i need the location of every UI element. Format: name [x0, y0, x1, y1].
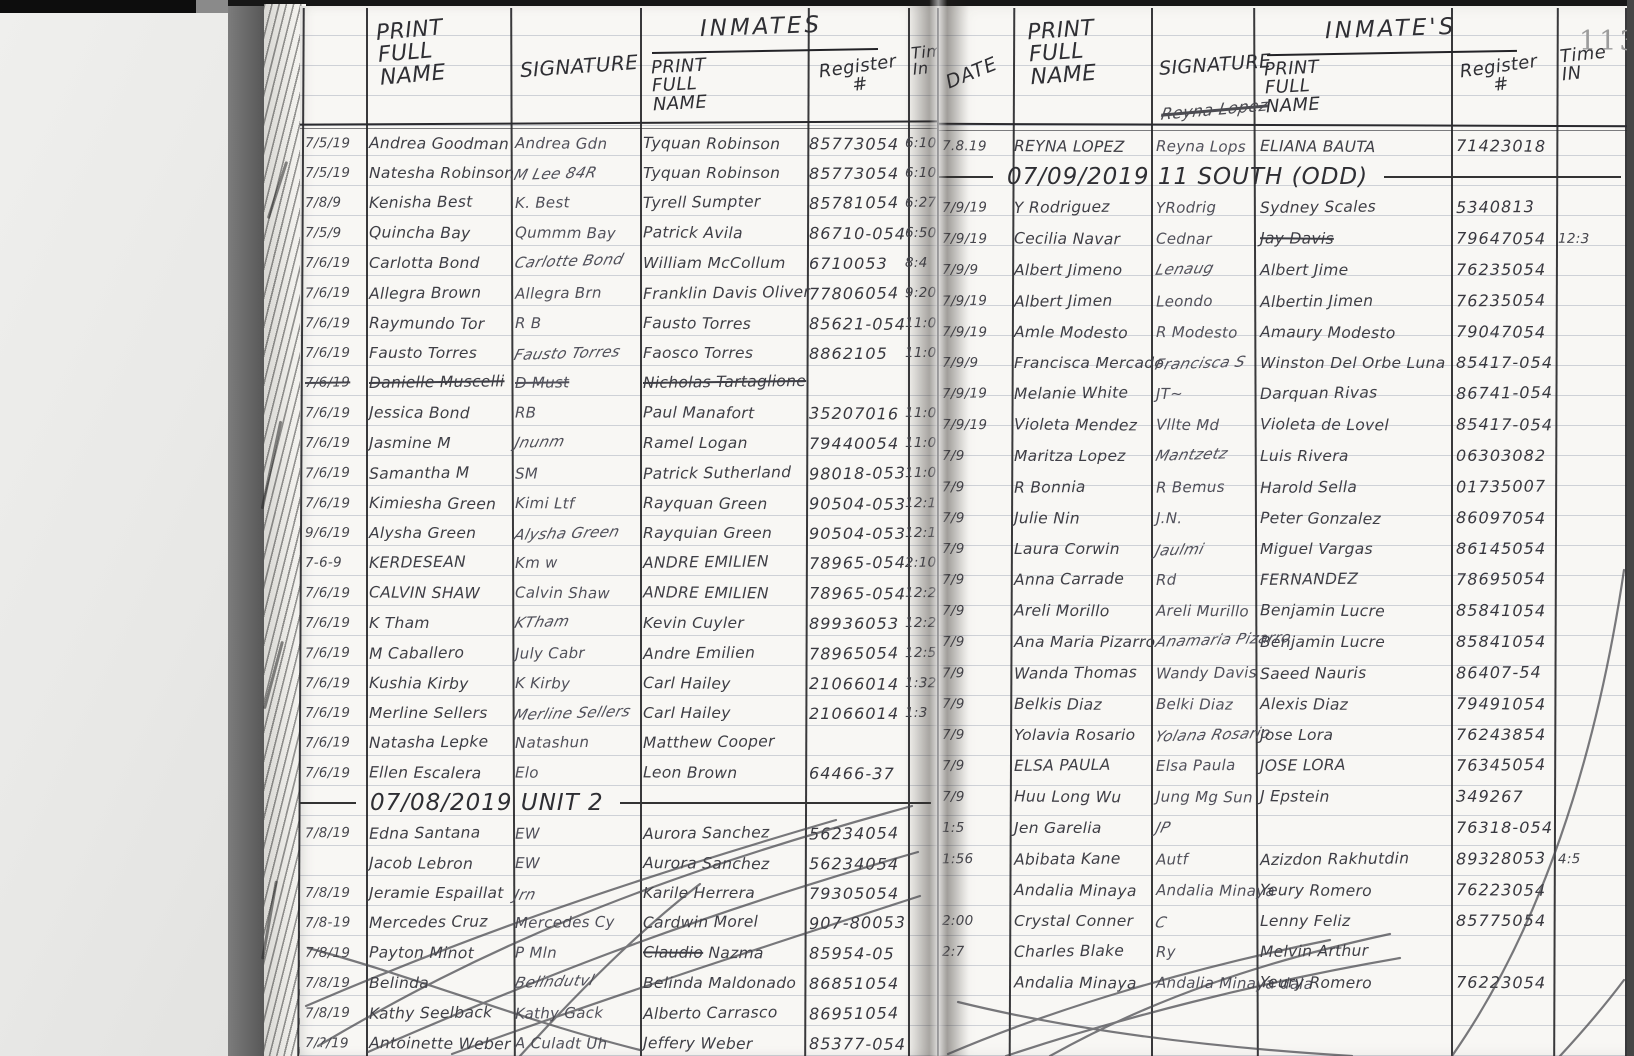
visitor-signature: Jung Mg Sun [1151, 787, 1255, 806]
inmate-name: Lenny Feliz [1255, 912, 1451, 930]
right-page-entries: 7.8.19REYNA LOPEZReyna LopsELIANA BAUTA7… [937, 130, 1627, 998]
log-entry-row: 7/6/19M CaballeroJuly CabrAndre Emilien7… [300, 638, 937, 668]
time-in: 1:32 [900, 675, 930, 691]
entry-date: 7/9/19 [937, 324, 1009, 341]
visitor-signature: Vllte Md [1151, 415, 1255, 434]
log-entry-row: 7/6/19Samantha MSMPatrick Sutherland9801… [300, 458, 937, 488]
header-visitor-name: PRINT FULL NAME [1027, 18, 1098, 90]
register-number: 76345054 [1451, 755, 1553, 775]
register-number: 85417-054 [1451, 353, 1553, 372]
register-number: 89936053 [804, 614, 900, 633]
inmate-name: Luis Rivera [1255, 447, 1451, 465]
log-entry-row: 7/9ELSA PAULAElsa PaulaJOSE LORA76345054 [937, 750, 1627, 781]
time-in [1553, 486, 1621, 487]
visitor-name: Areli Morillo [1009, 601, 1151, 620]
time-in: 4:5 [1553, 850, 1621, 867]
log-entry-row: 7/9Anna CarradeRdFERNANDEZ78695054 [937, 564, 1627, 595]
visitor-signature: K Kirby [510, 674, 638, 693]
visitor-name: Andrea Goodman [364, 134, 510, 153]
visitor-name: Anna Carrade [1009, 569, 1151, 589]
left-page: PRINT FULL NAME SIGNATURE INMATES PRINT … [300, 6, 937, 1056]
inmate-name: Tyrell Sumpter [638, 192, 804, 212]
visitor-signature: Carlotte Bond [508, 250, 642, 272]
time-in [1553, 890, 1621, 891]
header-inmates-title: INMATES [700, 14, 823, 42]
entry-date: 7/9/19 [937, 199, 1009, 216]
log-entry-row: 7/8/19Edna SantanaEWAurora Sanchez562340… [300, 818, 937, 848]
logbook-scan: PRINT FULL NAME SIGNATURE INMATES PRINT … [0, 0, 1634, 1056]
entry-date: 7/6/19 [300, 465, 364, 482]
visitor-signature: Elo [510, 763, 638, 782]
entry-date: 7/9 [937, 634, 1009, 650]
visitor-signature: Andrea Gdn [510, 134, 638, 153]
register-number: 5340813 [1451, 197, 1553, 217]
visitor-signature: EW [510, 823, 638, 843]
visitor-signature: K. Best [510, 192, 638, 212]
entry-date: 7/?/19 [300, 1035, 364, 1052]
inmate-name: Rayquan Green [638, 494, 804, 513]
inmate-name: Aurora Sanchez [638, 854, 804, 873]
register-number: 85773054 [804, 134, 900, 154]
time-in: 12:20 [900, 615, 930, 631]
visitor-name: Cecilia Navar [1009, 229, 1151, 248]
visitor-signature: D Must [510, 372, 638, 392]
inmate-name: Carl Hailey [638, 674, 804, 693]
inmate-name: ELIANA BAUTA [1255, 137, 1451, 157]
inmate-name: Peter Gonzalez [1255, 509, 1451, 529]
register-number: 78695054 [1451, 569, 1553, 589]
inmate-name: Alexis Diaz [1255, 695, 1451, 715]
log-entry-row: 1:56Abibata KaneAutfAzizdon Rakhutdin893… [937, 843, 1627, 874]
visitor-signature: Jrn [507, 882, 641, 904]
entry-date: 7/9 [937, 448, 1009, 464]
visitor-signature: Leondo [1151, 291, 1255, 310]
register-number: 21066014 [804, 674, 900, 694]
inmate-name: Paul Manafort [638, 403, 804, 422]
register-number: 86741-054 [1451, 383, 1553, 403]
time-in: 8:4 [900, 255, 930, 271]
visitor-signature: KTham [508, 610, 642, 632]
visitor-signature: Belindutvl [508, 970, 642, 992]
visitor-name: Kenisha Best [364, 192, 510, 212]
date-divider: 07/09/2019 11 SOUTH (ODD) [937, 161, 1627, 192]
entry-date [937, 890, 1009, 891]
inmates-underline [1267, 50, 1517, 57]
log-entry-row: 7/8/19Jeramie EspaillatJrnKarile Herrera… [300, 878, 937, 908]
log-entry-row: 7/6/19Jasmine MJnunmRamel Logan794400541… [300, 428, 937, 458]
log-entry-row: 7/6/19Ellen EscaleraEloLeon Brown64466-3… [300, 758, 937, 788]
register-number: 85417-054 [1451, 415, 1553, 435]
entry-date: 7/6/19 [300, 255, 364, 271]
log-entry-row: 7/9Laura CorwinJaulmiMiguel Vargas861450… [937, 533, 1627, 564]
entry-date: 7/8-19 [300, 914, 364, 931]
time-in [1553, 424, 1621, 425]
visitor-name: Kimiesha Green [364, 494, 510, 513]
inmate-name: Sydney Scales [1255, 196, 1451, 216]
entry-date: 1:5 [937, 820, 1009, 836]
log-entry-row: 7/5/19Andrea GoodmanAndrea GdnTyquan Rob… [300, 128, 937, 158]
visitor-name: Julie Nin [1009, 509, 1151, 528]
visitor-name: ELSA PAULA [1009, 755, 1151, 775]
visitor-name: Jasmine M [364, 434, 510, 452]
visitor-name: Quincha Bay [364, 223, 510, 242]
divider-label: 07/08/2019 UNIT 2 [370, 790, 604, 816]
visitor-signature: RB [510, 403, 638, 422]
visitor-signature: Qummm Bay [510, 223, 638, 242]
visitor-signature: Autf [1151, 849, 1255, 868]
register-number: 78965054 [804, 643, 900, 663]
time-in [1553, 610, 1621, 611]
entry-date: 7/8/9 [300, 194, 364, 211]
log-entry-row: 7/6/19Kushia KirbyK KirbyCarl Hailey2106… [300, 668, 937, 698]
inmate-name: Albert Jime [1255, 261, 1451, 279]
inmate-name: Aurora Sanchez [638, 823, 804, 843]
register-number: 89328053 [1451, 848, 1553, 868]
time-in: 6:50 [900, 225, 930, 241]
register-number: 85841054 [1451, 632, 1553, 651]
entry-date: 7/8/19 [300, 825, 364, 842]
log-entry-row: 2:7Charles BlakeRyMelvin Arthur [937, 936, 1627, 967]
entry-date: 7/6/19 [300, 675, 364, 692]
register-number: 90504-053 [804, 524, 900, 543]
register-number: 06303082 [1451, 446, 1553, 465]
visitor-name: Jessica Bond [364, 403, 510, 422]
inmate-name: Melvin Arthur [1255, 940, 1451, 960]
visitor-name: Edna Santana [364, 823, 510, 843]
register-number: 79440054 [804, 434, 900, 453]
inmate-name: Faosco Torres [638, 344, 804, 362]
register-number: 64466-37 [804, 763, 900, 783]
right-page: DATE PRINT FULL NAME SIGNATURE Reyna Lop… [937, 6, 1627, 1056]
visitor-name: Raymundo Tor [364, 314, 510, 333]
entry-date: 7/6/19 [300, 585, 364, 602]
visitor-name: Natesha Robinson [364, 164, 510, 182]
time-in: 11:00 [900, 315, 930, 331]
entry-date: 7/6/19 [300, 315, 364, 332]
visitor-name: Belinda [364, 974, 510, 992]
inmate-name: Winston Del Orbe Luna [1255, 354, 1451, 372]
visitor-name: Ellen Escalera [364, 763, 510, 782]
log-entry-row: 7.8.19REYNA LOPEZReyna LopsELIANA BAUTA7… [937, 130, 1627, 161]
log-entry-row: 7/6/19K ThamKThamKevin Cuyler8993605312:… [300, 608, 937, 638]
entry-date: 7/5/19 [300, 165, 364, 181]
inmate-name: Harold Sella [1255, 476, 1451, 496]
log-entry-row: Andalia MinayaAndalia MinayaYeury Romero… [937, 874, 1627, 905]
inmate-name: Azizdon Rakhutdin [1255, 848, 1451, 868]
visitor-signature: Anamaria Pizarro [1149, 629, 1259, 651]
visitor-name: Andalia Minaya [1009, 973, 1151, 992]
visitor-name: M Caballero [364, 643, 510, 663]
visitor-name: Carlotta Bond [364, 254, 510, 272]
scan-right-edge [1627, 0, 1634, 1056]
entry-date: 7/9 [937, 788, 1009, 805]
inmate-name: Matthew Cooper [638, 732, 804, 752]
inmate-name: Violeta de Lovel [1255, 415, 1451, 435]
visitor-signature: Mantzetz [1149, 443, 1259, 465]
visitor-name: Belkis Diaz [1009, 695, 1151, 714]
log-entry-row: Jacob LebronEWAurora Sanchez56234054 [300, 848, 937, 878]
visitor-name: Alysha Green [364, 524, 510, 542]
register-number: 349267 [1451, 787, 1553, 807]
visitor-name: Huu Long Wu [1009, 787, 1151, 806]
visitor-name: Jacob Lebron [364, 854, 510, 873]
inmate-name: Tyquan Robinson [638, 134, 804, 153]
inmate-name: FERNANDEZ [1255, 568, 1451, 588]
log-entry-row: 7/9R BonniaR BemusHarold Sella01735007 [937, 471, 1627, 502]
entry-date: 7/9 [937, 602, 1009, 619]
register-number: 76243854 [1451, 725, 1553, 744]
visitor-signature: Mercedes Cy [510, 912, 638, 932]
inmate-name: Fausto Torres [638, 314, 804, 333]
visitor-name: Jeramie Espaillat [364, 884, 510, 902]
visitor-signature: J.N. [1151, 509, 1255, 528]
entry-date: 2:00 [937, 913, 1009, 929]
time-in: 9:20 [900, 285, 930, 301]
log-entry-row: 7/6/19Carlotta BondCarlotte BondWilliam … [300, 248, 937, 278]
log-entry-row: 7/9Belkis DiazBelki DiazAlexis Diaz79491… [937, 688, 1627, 719]
visitor-signature: Alysha Green [507, 522, 641, 544]
register-number: 78965-054 [804, 583, 900, 603]
register-number: 85773054 [804, 164, 900, 183]
inmate-name: J Epstein [1255, 787, 1451, 807]
time-in [1553, 579, 1621, 580]
log-entry-row: 7/8/9Kenisha BestK. BestTyrell Sumpter85… [300, 188, 937, 218]
inmate-name: Cardwin Morel [638, 912, 804, 932]
entry-date: 7/9 [937, 571, 1009, 588]
header-register: Register # [1459, 53, 1541, 100]
register-number: 85781054 [804, 192, 900, 212]
visitor-signature: Jaulmi [1148, 538, 1258, 560]
log-entry-row: Andalia MinayaAndalia Minaya dalaYeury R… [937, 967, 1627, 998]
log-entry-row: 7/9/9Albert JimenoLenaugAlbert Jime76235… [937, 254, 1627, 285]
entry-date: 1:56 [937, 850, 1009, 867]
date-divider: 07/08/2019 UNIT 2 [300, 788, 937, 818]
time-in [1553, 765, 1621, 766]
entry-date: 7/8/19 [300, 975, 364, 991]
visitor-signature: Natashun [510, 732, 638, 752]
log-entry-row: 2:00Crystal ConnerCLenny Feliz85775054 [937, 905, 1627, 936]
register-number: 86951054 [804, 1003, 900, 1023]
visitor-name: Merline Sellers [364, 704, 510, 722]
register-number: 56234054 [804, 854, 900, 874]
inmate-name: Belinda Maldonado [638, 974, 804, 992]
visitor-name: Danielle Muscelli [364, 372, 510, 392]
log-entry-row: 7/5/19Natesha RobinsonM Lee 84RTyquan Ro… [300, 158, 937, 188]
inmate-name: Franklin Davis Oliver [638, 283, 804, 303]
register-number: 78965-054 [804, 552, 900, 572]
entry-date: 7/6/19 [300, 615, 364, 631]
time-in: 6:10 [900, 165, 930, 181]
visitor-signature: Andalia Minaya dala [1151, 973, 1255, 992]
visitor-signature: Areli Murillo [1151, 601, 1255, 620]
entry-date: 7/6/19 [300, 734, 364, 751]
visitor-signature: Rd [1151, 569, 1255, 588]
time-in [1553, 982, 1621, 983]
left-page-entries: 7/5/19Andrea GoodmanAndrea GdnTyquan Rob… [300, 128, 937, 1056]
inmate-name: ANDRE EMILIEN [638, 583, 804, 602]
time-in: 12:25 [900, 585, 930, 601]
visitor-signature: A Culadt Uh [510, 1034, 638, 1053]
header-date: DATE [943, 55, 1000, 93]
visitor-name: R Bonnia [1009, 477, 1151, 497]
log-entry-row: 7/6/19Jessica BondRBPaul Manafort3520701… [300, 398, 937, 428]
visitor-signature: R Modesto [1151, 323, 1255, 342]
log-entry-row: 9/6/19Alysha GreenAlysha GreenRayquian G… [300, 518, 937, 548]
register-number: 98018-053 [804, 463, 900, 483]
visitor-signature: Kimi Ltf [510, 494, 638, 513]
register-number [804, 382, 900, 383]
log-entry-row: 1:5Jen GareliaJP76318-054 [937, 812, 1627, 843]
visitor-name: Kathy Seelback [364, 1003, 510, 1023]
inmate-name: Ramel Logan [638, 434, 804, 452]
log-entry-row: 7/6/19CALVIN SHAWCalvin ShawANDRE EMILIE… [300, 578, 937, 608]
visitor-name: KERDESEAN [364, 552, 510, 572]
entry-date: 7/6/19 [300, 285, 364, 302]
register-number: 76223054 [1451, 880, 1553, 900]
visitor-signature: July Cabr [510, 643, 638, 663]
time-in: 12:10 [900, 525, 930, 541]
log-entry-row: 7/9/19Amle ModestoR ModestoAmaury Modest… [937, 316, 1627, 347]
log-entry-row: 7/9/19Cecilia NavarCednarJay Davis796470… [937, 223, 1627, 254]
entry-date: 7/6/19 [300, 705, 364, 721]
time-in: 11:0 [900, 465, 930, 481]
visitor-signature: Francisca S [1148, 352, 1258, 374]
time-in: 12:10 [900, 495, 930, 511]
time-in [1553, 332, 1621, 333]
visitor-signature: JP [1149, 815, 1259, 837]
register-number: 85954-05 [804, 943, 900, 963]
register-number: 86407-54 [1451, 662, 1553, 682]
visitor-name: REYNA LOPEZ [1009, 137, 1151, 156]
visitor-name: Kushia Kirby [364, 674, 510, 693]
visitor-signature: Andalia Minaya [1151, 881, 1255, 900]
log-entry-row: 7/9/9Francisca MercadoFrancisca SWinston… [937, 347, 1627, 378]
visitor-signature: Allegra Brn [510, 283, 638, 303]
inmate-name: Karile Herrera [638, 884, 804, 902]
visitor-name: Maritza Lopez [1009, 447, 1151, 465]
inmate-name: JOSE LORA [1255, 754, 1451, 774]
visitor-signature: P Mln [510, 943, 638, 962]
visitor-signature: C [1148, 910, 1258, 932]
entry-date: 7/9/19 [937, 416, 1009, 433]
inmate-name: Alberto Carrasco [638, 1003, 804, 1023]
inmate-name: Carl Hailey [638, 704, 804, 722]
register-number: 90504-053 [804, 494, 900, 514]
register-number: 86710-054 [804, 223, 900, 243]
entry-date: 7/9 [937, 757, 1009, 774]
register-number: 85621-054 [804, 314, 900, 334]
entry-date: 9/6/19 [300, 525, 364, 541]
visitor-name: Albert Jimeno [1009, 261, 1151, 279]
visitor-signature: Elsa Paula [1151, 755, 1255, 774]
inmate-name: Kevin Cuyler [638, 614, 804, 632]
time-in [1553, 951, 1621, 952]
time-in: 6:27 [900, 195, 930, 211]
register-number: 79647054 [1451, 229, 1553, 249]
entry-date: 7/9 [937, 664, 1009, 681]
visitor-signature: Kathy Gack [510, 1003, 638, 1023]
visitor-signature: R Bemus [1151, 477, 1255, 496]
time-in [1553, 704, 1621, 705]
entry-date: 7/5/9 [300, 225, 364, 242]
visitor-signature: JT~ [1151, 383, 1255, 402]
register-number [804, 742, 900, 743]
divider-label: 07/09/2019 11 SOUTH (ODD) [1007, 164, 1368, 190]
entry-date [300, 863, 364, 864]
log-entry-row: 7/9/19Violeta MendezVllte MdVioleta de L… [937, 409, 1627, 440]
register-number: 85377-054 [804, 1034, 900, 1054]
log-entry-row: 7/6/19Natasha LepkeNatashunMatthew Coope… [300, 728, 937, 758]
visitor-signature: Fausto Torres [507, 342, 641, 364]
register-number: 85841054 [1451, 601, 1553, 621]
visitor-name: Albert Jimen [1009, 291, 1151, 311]
inmate-name: ANDRE EMILIEN [638, 552, 804, 572]
inmate-name: Saeed Nauris [1255, 662, 1451, 682]
register-number: 76235054 [1451, 260, 1553, 279]
inmate-name: Yeury Romero [1255, 973, 1451, 993]
register-number: 86097054 [1451, 508, 1553, 528]
log-entry-row: 7/6/19Danielle MuscelliD MustNicholas Ta… [300, 368, 937, 398]
entry-date: 7/6/19 [300, 435, 364, 451]
entry-date: 7/6/19 [300, 645, 364, 662]
visitor-name: Wanda Thomas [1009, 663, 1151, 683]
time-in [1553, 518, 1621, 519]
inmate-name: Darquan Rivas [1255, 382, 1451, 402]
time-in: 11:0 [900, 345, 930, 361]
log-entry-row: 7/6/19Fausto TorresFausto TorresFaosco T… [300, 338, 937, 368]
inmate-name: Yeury Romero [1255, 881, 1451, 901]
log-entry-row: 7/9Ana Maria PizarroAnamaria PizarroBenj… [937, 626, 1627, 657]
log-entry-row: 7/5/9Quincha BayQummm BayPatrick Avila86… [300, 218, 937, 248]
log-entry-row: 7/6/19Allegra BrownAllegra BrnFranklin D… [300, 278, 937, 308]
visitor-signature: Ry [1151, 941, 1255, 960]
register-number: 76318-054 [1451, 818, 1553, 837]
time-in [1553, 300, 1621, 301]
log-entry-row: 7/8/19Payton MinotP MlnClaudio Nazma8595… [300, 938, 937, 968]
inmate-name: Tyquan Robinson [638, 164, 804, 182]
header-inmate-name: PRINT FULL NAME [1264, 59, 1322, 117]
entry-date: 7/6/19 [300, 345, 364, 361]
inmate-name: Rayquian Green [638, 524, 804, 542]
inmate-name: Claudio Nazma [638, 943, 804, 962]
header-rule [300, 120, 937, 125]
visitor-signature: Merline Sellers [507, 702, 641, 724]
entry-date: 7/6/19 [300, 495, 364, 512]
entry-date: 7/8/19 [300, 945, 364, 962]
inmate-name: Nicholas Tartaglione [638, 372, 804, 392]
visitor-name: Francisca Mercado [1009, 354, 1151, 372]
log-entry-row: 7/9Wanda ThomasWandy DavisSaeed Nauris86… [937, 657, 1627, 688]
visitor-name: Ana Maria Pizarro [1009, 633, 1151, 651]
inmate-name: Patrick Sutherland [638, 463, 804, 483]
visitor-signature: SM [510, 463, 638, 483]
time-in [1553, 393, 1621, 394]
log-entry-row: 7/9/19Y RodriguezYRodrigSydney Scales534… [937, 192, 1627, 223]
header-inmates-title: INMATE'S [1325, 16, 1457, 44]
visitor-signature: M Lee 84R [507, 162, 641, 184]
visitor-name: Payton Minot [364, 943, 510, 962]
inmate-name: Amaury Modesto [1255, 323, 1451, 343]
log-entry-row: 7/9Huu Long WuJung Mg SunJ Epstein349267 [937, 781, 1627, 812]
scanner-blank-margin [0, 13, 228, 1056]
inmate-name: Jose Lora [1255, 726, 1451, 744]
log-entry-row: 7/6/19Kimiesha GreenKimi LtfRayquan Gree… [300, 488, 937, 518]
visitor-signature: Lenaug [1149, 257, 1259, 279]
visitor-signature: EW [510, 854, 638, 873]
register-number: 01735007 [1451, 476, 1553, 496]
register-number: 86851054 [804, 974, 900, 993]
inmate-name: Jeffery Weber [638, 1034, 804, 1053]
